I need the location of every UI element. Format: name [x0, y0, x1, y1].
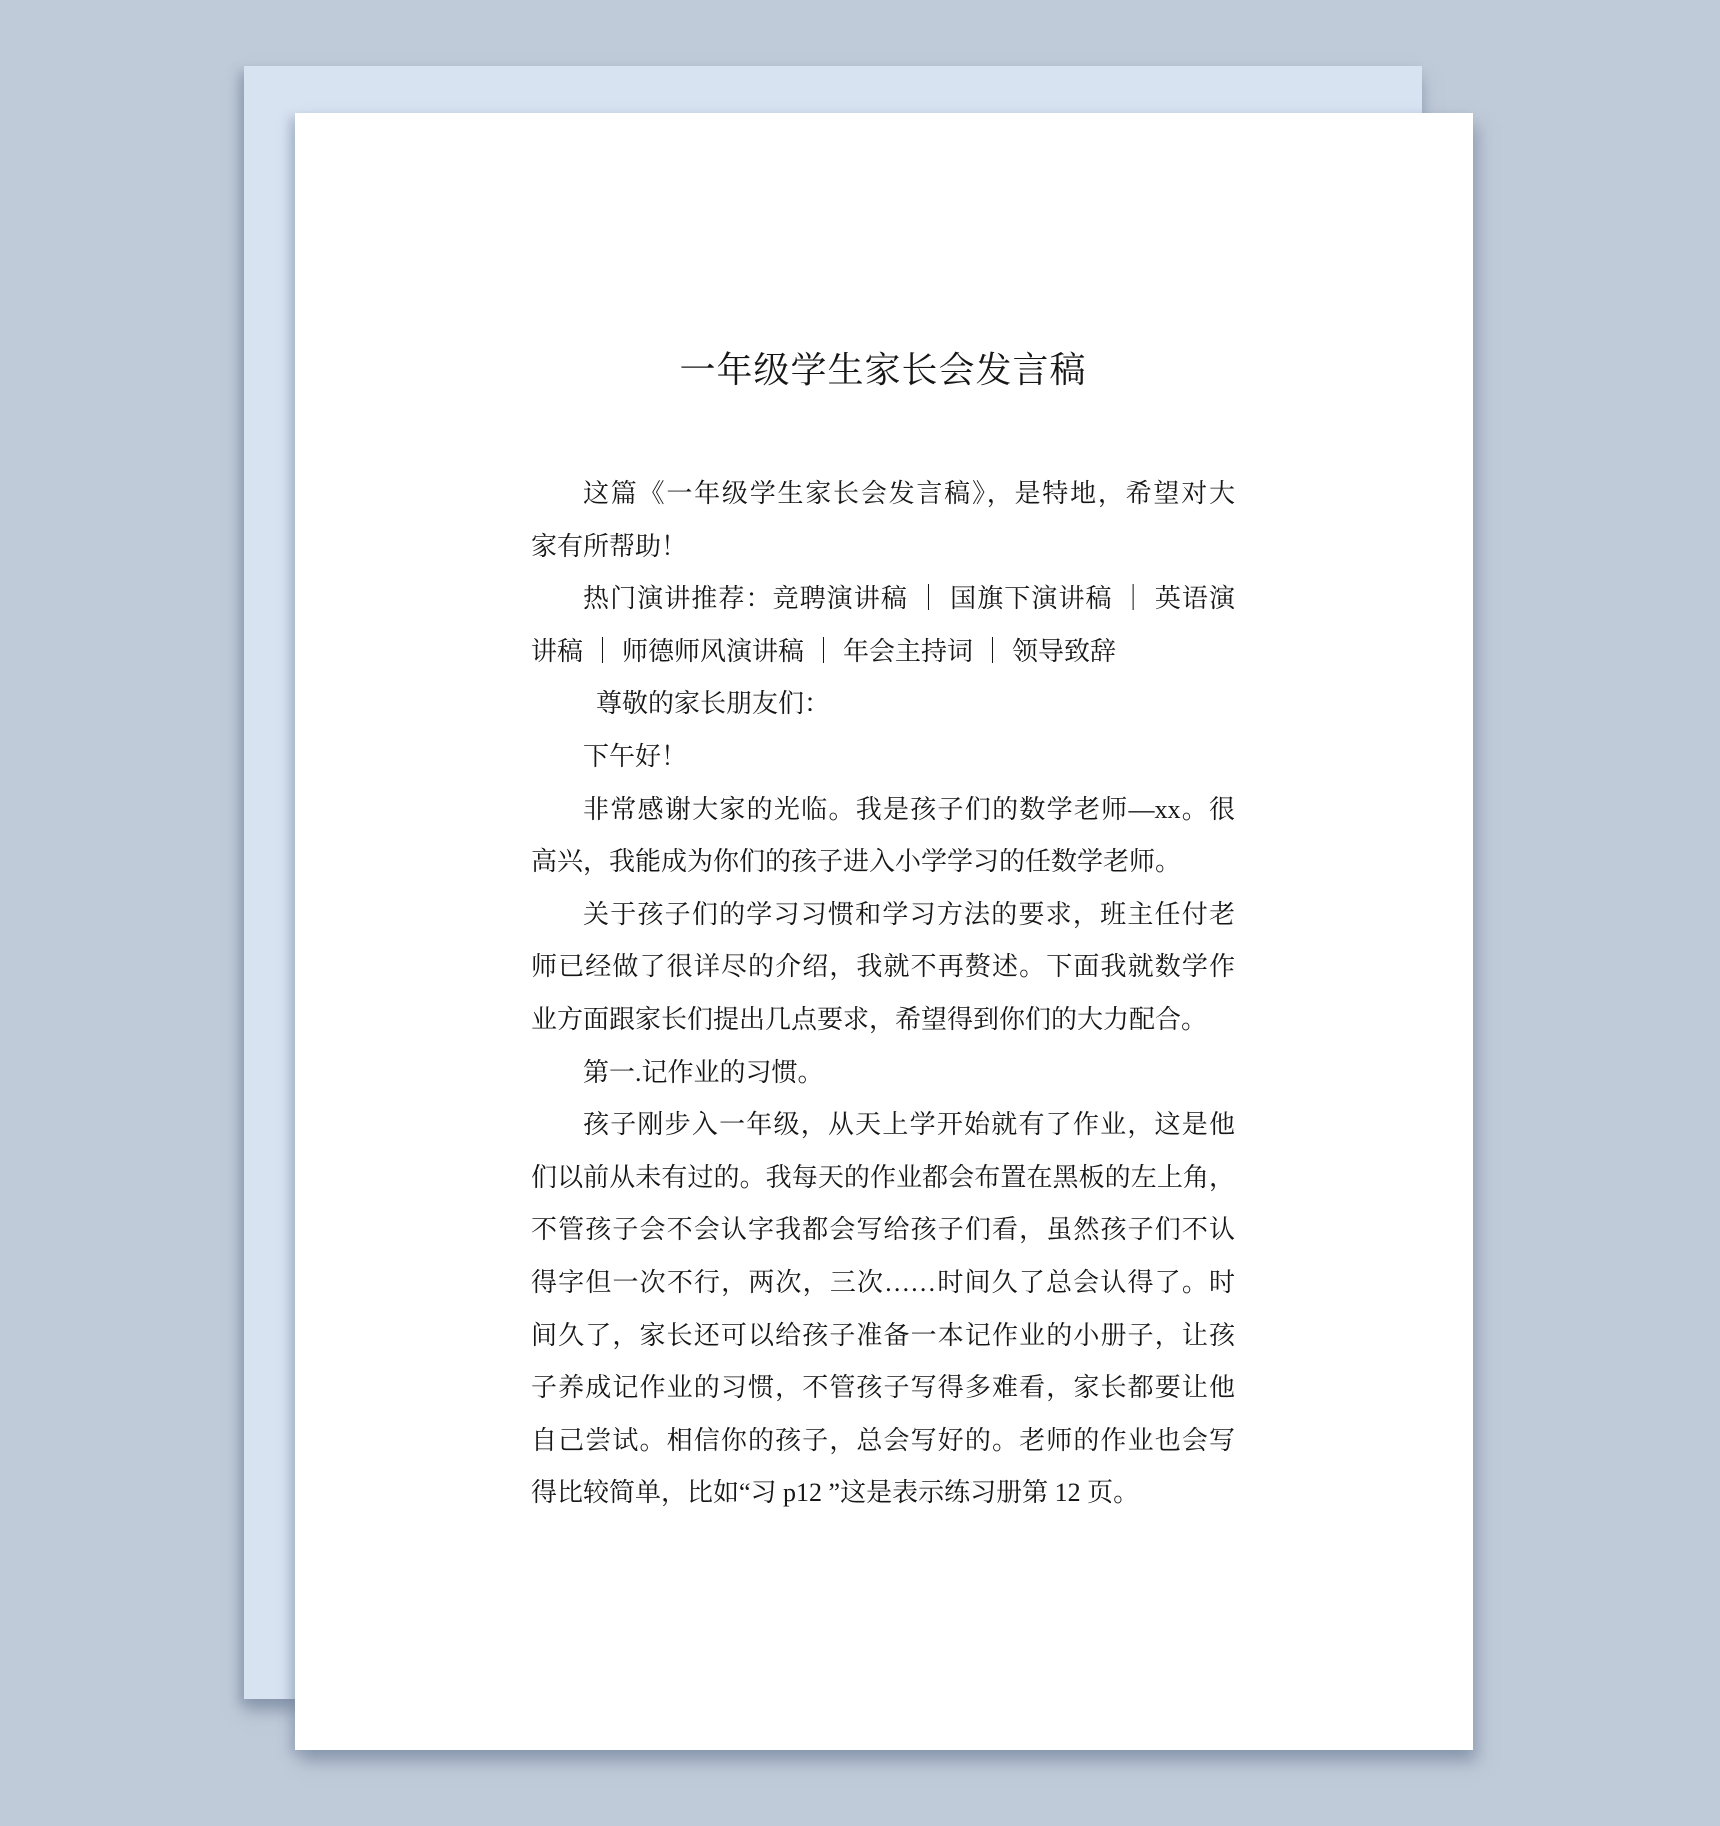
document-content: 一年级学生家长会发言稿 这篇《一年级学生家长会发言稿》，是特地，希望对大家有所帮…: [531, 113, 1235, 1520]
document-line: 这篇《一年级学生家长会发言稿》，是特地，希望对大: [531, 468, 1235, 521]
document-line: 得字但一次不行，两次，三次……时间久了总会认得了。时: [531, 1257, 1235, 1310]
document-title: 一年级学生家长会发言稿: [531, 113, 1235, 398]
document-line: 第一.记作业的习惯。: [531, 1047, 1235, 1100]
document-line: 自己尝试。相信你的孩子，总会写好的。老师的作业也会写: [531, 1415, 1235, 1468]
document-line: 尊敬的家长朋友们：: [531, 678, 1235, 731]
document-line: 热门演讲推荐：竞聘演讲稿 ｜ 国旗下演讲稿 ｜ 英语演: [531, 573, 1235, 626]
document-line: 们以前从未有过的。我每天的作业都会布置在黑板的左上角，: [531, 1152, 1235, 1205]
document-line: 师已经做了很详尽的介绍，我就不再赘述。下面我就数学作: [531, 941, 1235, 994]
document-line: 关于孩子们的学习习惯和学习方法的要求，班主任付老: [531, 889, 1235, 942]
document-line: 下午好！: [531, 731, 1235, 784]
document-line: 间久了，家长还可以给孩子准备一本记作业的小册子，让孩: [531, 1310, 1235, 1363]
document-line: 家有所帮助！: [531, 521, 1235, 574]
document-line: 孩子刚步入一年级，从天上学开始就有了作业，这是他: [531, 1099, 1235, 1152]
document-line: 子养成记作业的习惯，不管孩子写得多难看，家长都要让他: [531, 1362, 1235, 1415]
document-body: 这篇《一年级学生家长会发言稿》，是特地，希望对大家有所帮助！热门演讲推荐：竞聘演…: [531, 468, 1235, 1520]
document-line: 高兴，我能成为你们的孩子进入小学学习的任数学老师。: [531, 836, 1235, 889]
document-line: 业方面跟家长们提出几点要求，希望得到你们的大力配合。: [531, 994, 1235, 1047]
preview-background: 一年级学生家长会发言稿 这篇《一年级学生家长会发言稿》，是特地，希望对大家有所帮…: [0, 0, 1720, 1826]
document-line: 非常感谢大家的光临。我是孩子们的数学老师—xx。很: [531, 784, 1235, 837]
document-line: 不管孩子会不会认字我都会写给孩子们看，虽然孩子们不认: [531, 1204, 1235, 1257]
document-line: 得比较简单，比如“习 p12 ”这是表示练习册第 12 页。: [531, 1467, 1235, 1520]
document-line: 讲稿 ｜ 师德师风演讲稿 ｜ 年会主持词 ｜ 领导致辞: [531, 626, 1235, 679]
document-page: 一年级学生家长会发言稿 这篇《一年级学生家长会发言稿》，是特地，希望对大家有所帮…: [295, 113, 1473, 1750]
